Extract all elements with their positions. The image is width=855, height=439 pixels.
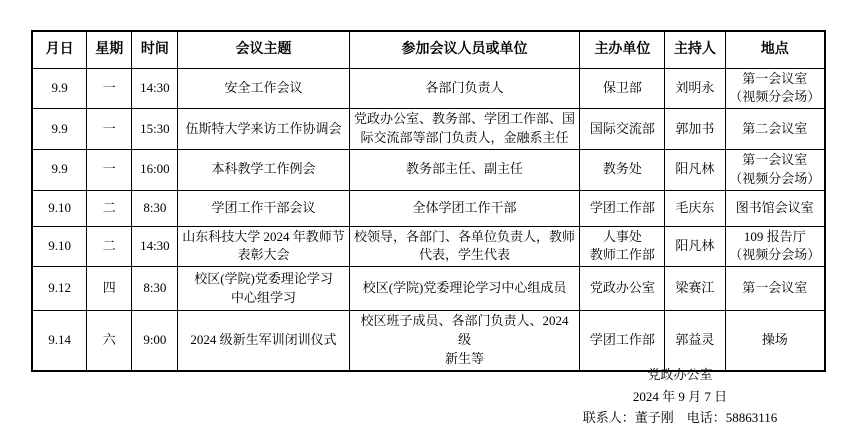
col-header-host: 主持人 <box>665 31 725 68</box>
cell-participants: 党政办公室、教务部、学团工作部、国 际交流部等部门负责人，金融系主任 <box>349 109 580 150</box>
table-row: 9.9 一 16:00 本科教学工作例会 教务部主任、副主任 教务处 阳凡林 第… <box>32 149 825 190</box>
cell-weekday: 四 <box>87 267 132 311</box>
cell-location: 第一会议室 （视频分会场） <box>725 149 825 190</box>
cell-topic: 山东科技大学 2024 年教师节 表彰大会 <box>178 226 349 267</box>
cell-topic: 学团工作干部会议 <box>178 190 349 226</box>
cell-location: 第一会议室 （视频分会场） <box>725 68 825 109</box>
cell-organizer: 教务处 <box>580 149 665 190</box>
cell-month-day: 9.9 <box>32 149 87 190</box>
cell-topic: 伍斯特大学来访工作协调会 <box>178 109 349 150</box>
col-header-location: 地点 <box>725 31 825 68</box>
cell-time: 16:00 <box>132 149 178 190</box>
cell-weekday: 二 <box>87 190 132 226</box>
cell-host: 梁赛江 <box>665 267 725 311</box>
cell-participants: 校领导，各部门、各单位负责人，教师 代表，学生代表 <box>349 226 580 267</box>
cell-host: 郭益灵 <box>665 311 725 371</box>
cell-weekday: 六 <box>87 311 132 371</box>
cell-month-day: 9.10 <box>32 190 87 226</box>
cell-month-day: 9.9 <box>32 109 87 150</box>
table-header-row: 月日 星期 时间 会议主题 参加会议人员或单位 主办单位 主持人 地点 <box>32 31 825 68</box>
cell-time: 8:30 <box>132 190 178 226</box>
col-header-topic: 会议主题 <box>178 31 349 68</box>
cell-participants: 教务部主任、副主任 <box>349 149 580 190</box>
cell-month-day: 9.9 <box>32 68 87 109</box>
cell-participants: 全体学团工作干部 <box>349 190 580 226</box>
cell-weekday: 二 <box>87 226 132 267</box>
meeting-schedule-table: 月日 星期 时间 会议主题 参加会议人员或单位 主办单位 主持人 地点 9.9 … <box>31 30 826 372</box>
cell-organizer: 学团工作部 <box>580 311 665 371</box>
cell-location: 操场 <box>725 311 825 371</box>
cell-month-day: 9.10 <box>32 226 87 267</box>
cell-topic: 本科教学工作例会 <box>178 149 349 190</box>
cell-host: 毛庆东 <box>665 190 725 226</box>
cell-time: 9:00 <box>132 311 178 371</box>
cell-location: 第二会议室 <box>725 109 825 150</box>
cell-time: 15:30 <box>132 109 178 150</box>
cell-organizer: 国际交流部 <box>580 109 665 150</box>
cell-topic: 安全工作会议 <box>178 68 349 109</box>
cell-time: 8:30 <box>132 267 178 311</box>
cell-host: 阳凡林 <box>665 226 725 267</box>
col-header-weekday: 星期 <box>87 31 132 68</box>
meeting-schedule-page: 月日 星期 时间 会议主题 参加会议人员或单位 主办单位 主持人 地点 9.9 … <box>0 0 855 439</box>
cell-organizer: 党政办公室 <box>580 267 665 311</box>
signature-date: 2024 年 9 月 7 日 <box>530 386 830 408</box>
cell-participants: 各部门负责人 <box>349 68 580 109</box>
cell-time: 14:30 <box>132 226 178 267</box>
cell-host: 阳凡林 <box>665 149 725 190</box>
cell-participants: 校区班子成员、各部门负责人、2024 级 新生等 <box>349 311 580 371</box>
table-row: 9.10 二 14:30 山东科技大学 2024 年教师节 表彰大会 校领导，各… <box>32 226 825 267</box>
table-row: 9.10 二 8:30 学团工作干部会议 全体学团工作干部 学团工作部 毛庆东 … <box>32 190 825 226</box>
cell-host: 刘明永 <box>665 68 725 109</box>
cell-month-day: 9.12 <box>32 267 87 311</box>
cell-host: 郭加书 <box>665 109 725 150</box>
cell-time: 14:30 <box>132 68 178 109</box>
cell-location: 109 报告厅 （视频分会场） <box>725 226 825 267</box>
cell-weekday: 一 <box>87 109 132 150</box>
cell-weekday: 一 <box>87 149 132 190</box>
table-row: 9.9 一 15:30 伍斯特大学来访工作协调会 党政办公室、教务部、学团工作部… <box>32 109 825 150</box>
col-header-organizer: 主办单位 <box>580 31 665 68</box>
col-header-month-day: 月日 <box>32 31 87 68</box>
cell-weekday: 一 <box>87 68 132 109</box>
cell-location: 第一会议室 <box>725 267 825 311</box>
table-row: 9.14 六 9:00 2024 级新生军训闭训仪式 校区班子成员、各部门负责人… <box>32 311 825 371</box>
cell-participants: 校区(学院)党委理论学习中心组成员 <box>349 267 580 311</box>
signature-block: 党政办公室 2024 年 9 月 7 日 联系人：董子刚 电话：58863116 <box>530 364 830 429</box>
signature-office: 党政办公室 <box>530 364 830 386</box>
table-row: 9.12 四 8:30 校区(学院)党委理论学习 中心组学习 校区(学院)党委理… <box>32 267 825 311</box>
cell-organizer: 学团工作部 <box>580 190 665 226</box>
cell-topic: 2024 级新生军训闭训仪式 <box>178 311 349 371</box>
col-header-time: 时间 <box>132 31 178 68</box>
cell-topic: 校区(学院)党委理论学习 中心组学习 <box>178 267 349 311</box>
table-row: 9.9 一 14:30 安全工作会议 各部门负责人 保卫部 刘明永 第一会议室 … <box>32 68 825 109</box>
cell-month-day: 9.14 <box>32 311 87 371</box>
cell-organizer: 人事处 教师工作部 <box>580 226 665 267</box>
col-header-participants: 参加会议人员或单位 <box>349 31 580 68</box>
cell-organizer: 保卫部 <box>580 68 665 109</box>
signature-contact: 联系人：董子刚 电话：58863116 <box>530 407 830 429</box>
cell-location: 图书馆会议室 <box>725 190 825 226</box>
